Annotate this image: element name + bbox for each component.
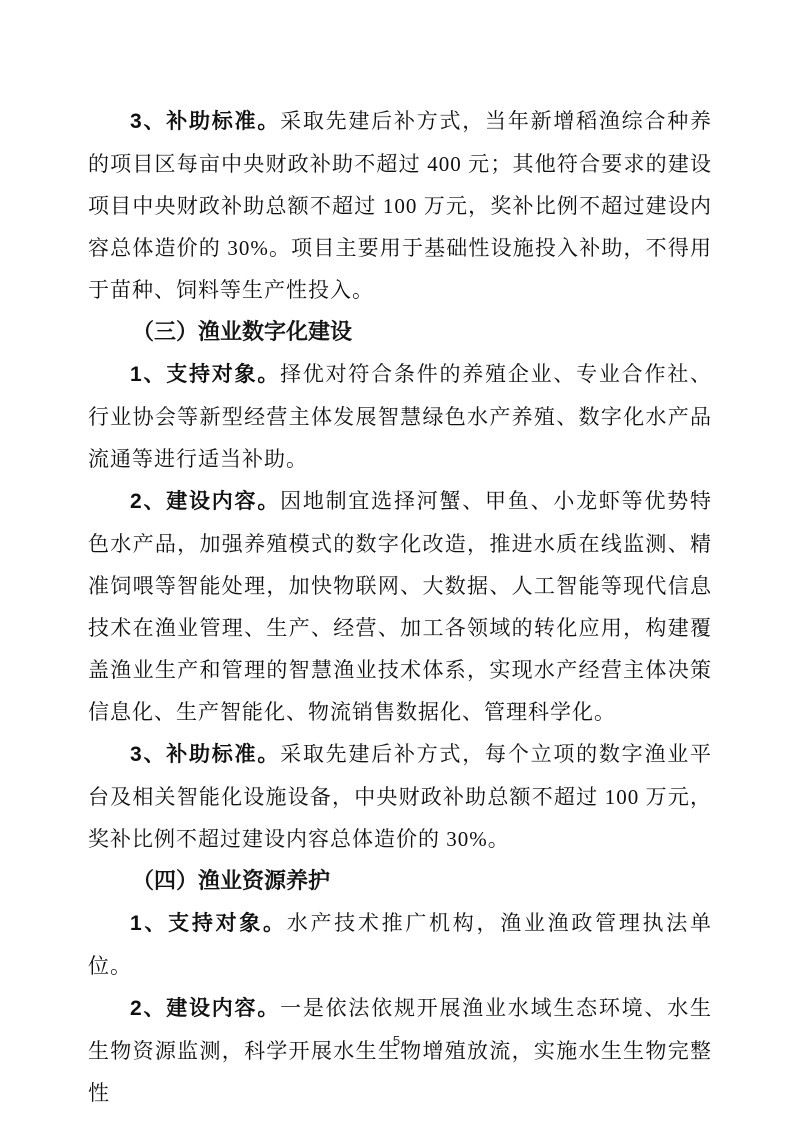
paragraph-lead: 3、补助标准。 <box>130 743 280 766</box>
document-body: 3、补助标准。采取先建后补方式，当年新增稻渔综合种养的项目区每亩中央财政补助不超… <box>88 100 712 1114</box>
paragraph-lead: 2、建设内容。 <box>130 490 280 513</box>
section-heading: （四）渔业资源养护 <box>88 860 712 902</box>
page-number: 5 <box>393 1033 400 1048</box>
paragraph-lead: 2、建设内容。 <box>130 997 280 1020</box>
paragraph: 2、建设内容。一是依法依规开展渔业水域生态环境、水生生物资源监测，科学开展水生生… <box>88 987 712 1114</box>
paragraph-text: 因地制宜选择河蟹、甲鱼、小龙虾等优势特色水产品，加强养殖模式的数字化改造，推进水… <box>88 489 712 724</box>
paragraph-lead: 1、支持对象。 <box>130 912 287 935</box>
paragraph-lead: 3、补助标准。 <box>130 110 280 133</box>
paragraph: 2、建设内容。因地制宜选择河蟹、甲鱼、小龙虾等优势特色水产品，加强养殖模式的数字… <box>88 480 712 733</box>
paragraph-text: 采取先建后补方式，当年新增稻渔综合种养的项目区每亩中央财政补助不超过 400 元… <box>88 109 712 302</box>
section-heading: （三）渔业数字化建设 <box>88 311 712 353</box>
paragraph: 3、补助标准。采取先建后补方式，当年新增稻渔综合种养的项目区每亩中央财政补助不超… <box>88 100 712 311</box>
paragraph: 3、补助标准。采取先建后补方式，每个立项的数字渔业平台及相关智能化设施设备，中央… <box>88 733 712 860</box>
page-footer: 5 <box>0 1032 793 1050</box>
paragraph: 1、支持对象。水产技术推广机构，渔业渔政管理执法单位。 <box>88 902 712 987</box>
paragraph: 1、支持对象。择优对符合条件的养殖企业、专业合作社、行业协会等新型经营主体发展智… <box>88 353 712 480</box>
document-page: 3、补助标准。采取先建后补方式，当年新增稻渔综合种养的项目区每亩中央财政补助不超… <box>0 0 793 1122</box>
paragraph-lead: 1、支持对象。 <box>130 363 280 386</box>
